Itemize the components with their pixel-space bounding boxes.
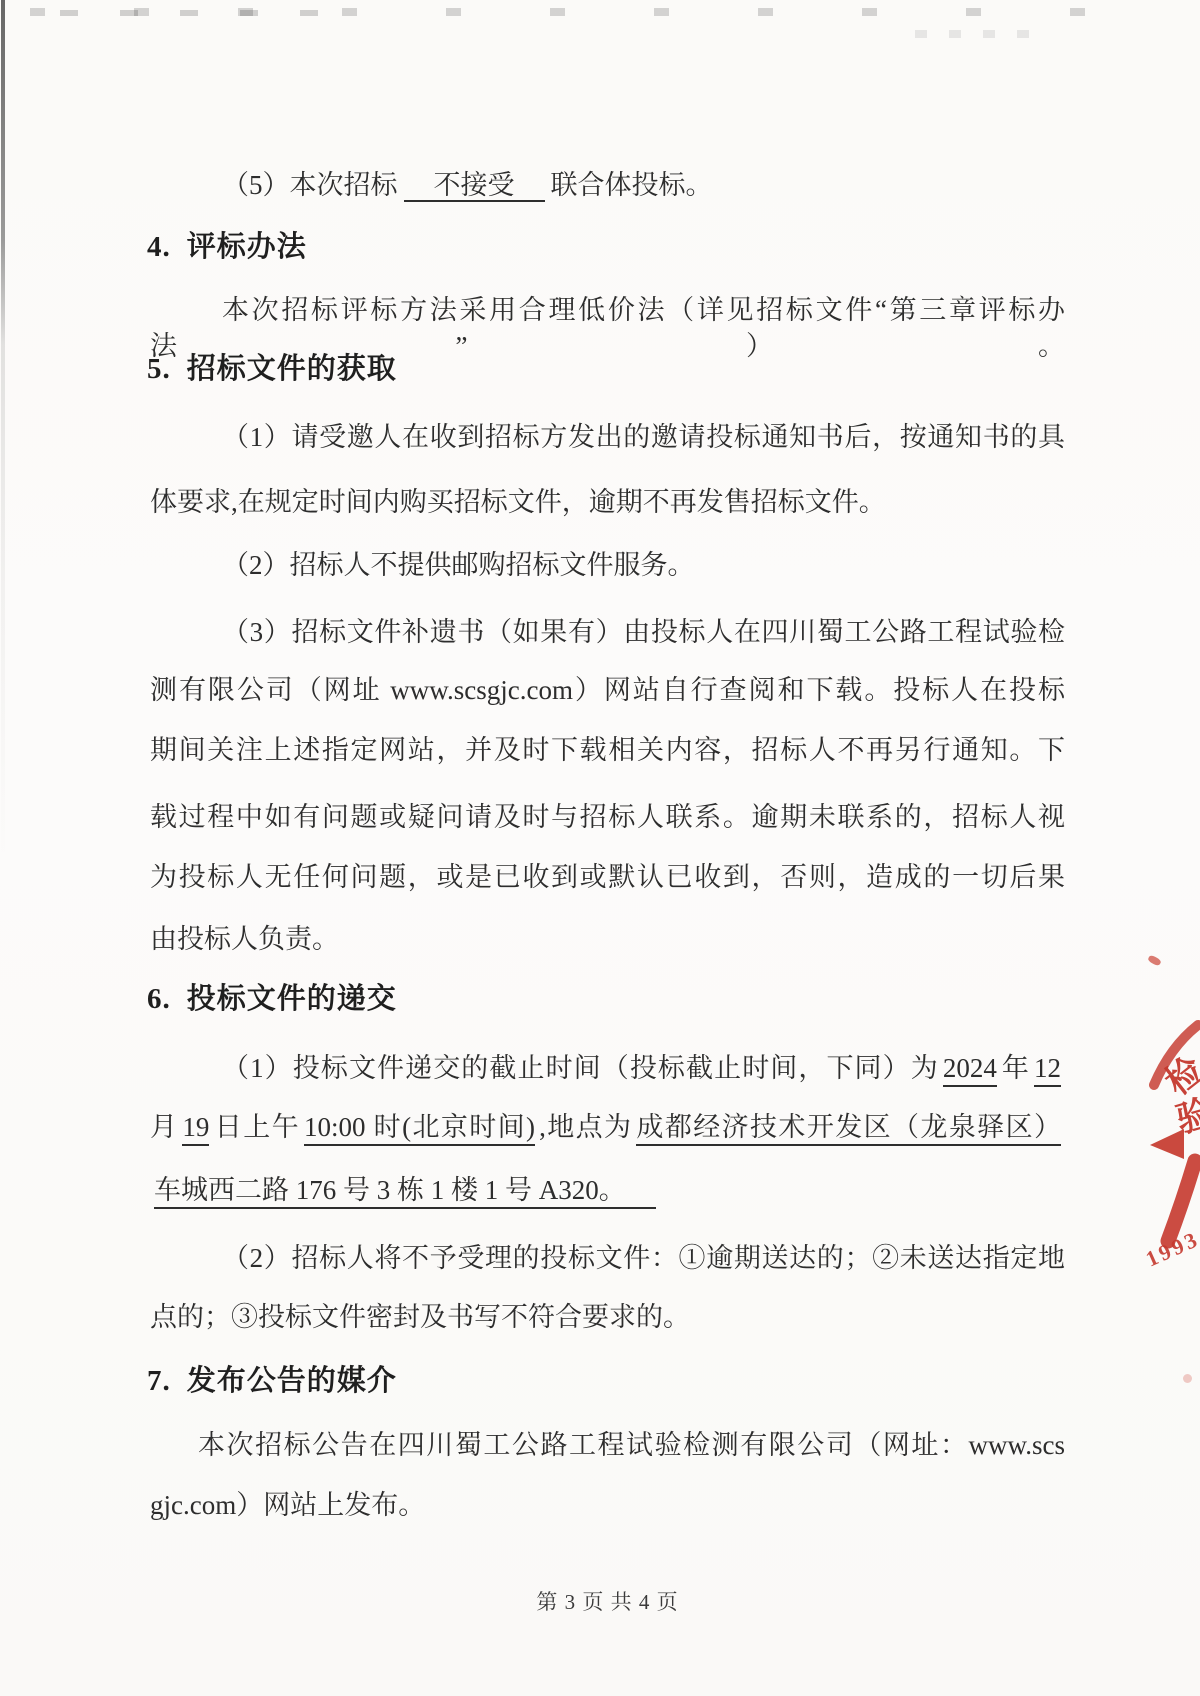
clause-5-suffix: 联合体投标。 <box>551 170 713 200</box>
section-5-p1-line-2: 体要求,在规定时间内购买招标文件，逾期不再发售招标文件。 <box>150 484 1065 520</box>
deadline-year: 2024 <box>943 1053 997 1087</box>
section-6-title: 投标文件的递交 <box>187 983 397 1015</box>
month-char: 月 <box>150 1112 178 1142</box>
section-5-p1-line-1: （1）请受邀人在收到招标方发出的邀请投标通知书后，按通知书的具 <box>150 419 1065 455</box>
section-6-p2-line-2: 点的；③投标文件密封及书写不符合要求的。 <box>150 1299 1065 1335</box>
section-5-p3-line-2: 测有限公司（网址 www.scsgjc.com）网站自行查阅和下载。投标人在投标 <box>150 672 1065 708</box>
section-6-p1-line-3: 车城西二路 176 号 3 栋 1 楼 1 号 A320。 <box>150 1172 1065 1208</box>
section-5-p3-line-4: 载过程中如有问题或疑问请及时与招标人联系。逾期未联系的，招标人视 <box>150 799 1065 835</box>
section-6-p1-line-2: 月19日上午10:00 时(北京时间),地点为成都经济技术开发区（龙泉驿区） <box>150 1109 1065 1145</box>
section-6-number: 6. <box>147 983 171 1015</box>
deadline-time: 10:00 时(北京时间) <box>304 1112 535 1146</box>
section-7-line-2: gjc.com）网站上发布。 <box>150 1487 1065 1523</box>
clause-5-prefix: （5）本次招标 <box>222 170 398 200</box>
location-address: 车城西二路 176 号 3 栋 1 楼 1 号 A320。 <box>154 1175 656 1209</box>
section-7-line-1: 本次招标公告在四川蜀工公路工程试验检测有限公司（网址：www.scs <box>150 1427 1065 1463</box>
section-5-p3-line-1: （3）招标文件补遗书（如果有）由投标人在四川蜀工公路工程试验检 <box>150 614 1065 650</box>
scan-artifact-left-edge-line <box>1 0 5 860</box>
scan-artifact-right-smudge <box>915 30 1035 38</box>
section-5-number: 5. <box>147 353 171 385</box>
location-district: 成都经济技术开发区（龙泉驿区） <box>636 1112 1061 1146</box>
deadline-month: 12 <box>1034 1053 1061 1087</box>
section-7-title: 发布公告的媒介 <box>187 1365 397 1397</box>
section-5-heading: 5.招标文件的获取 <box>147 350 1062 388</box>
stamp-ink-fleck-top <box>1147 954 1162 966</box>
section-4-title: 评标办法 <box>187 231 307 263</box>
deadline-text: （1）投标文件递交的截止时间（投标截止时间，下同）为 <box>222 1053 939 1083</box>
clause-5-underlined-blank: 不接受 <box>404 170 545 202</box>
section-4-heading: 4.评标办法 <box>147 228 1062 266</box>
location-lead-text: ,地点为 <box>539 1112 632 1142</box>
stamp-ink-fleck-bottom <box>1183 1374 1192 1383</box>
section-4-number: 4. <box>147 231 171 263</box>
section-7-number: 7. <box>147 1365 171 1397</box>
section-5-title: 招标文件的获取 <box>187 353 397 385</box>
morning-text: 日上午 <box>213 1112 300 1142</box>
year-char: 年 <box>1001 1053 1030 1083</box>
section-5-p2-line: （2）招标人不提供邮购招标文件服务。 <box>150 547 1065 583</box>
scan-artifact-top-dashes-dark <box>60 10 320 16</box>
section-6-p1-line-1: （1）投标文件递交的截止时间（投标截止时间，下同）为2024年12 <box>150 1050 1065 1086</box>
page-footer: 第 3 页 共 4 页 <box>150 1586 1065 1616</box>
deadline-day: 19 <box>182 1112 209 1146</box>
stamp-star-point <box>1150 1129 1184 1159</box>
section-5-p3-line-5: 为投标人无任何问题，或是已收到或默认已收到，否则，造成的一切后果 <box>150 859 1065 895</box>
section-5-p3-line-6: 由投标人负责。 <box>150 921 1065 957</box>
clause-5-joint-bid-line: （5）本次招标不接受联合体投标。 <box>150 167 1065 203</box>
section-5-p3-line-3: 期间关注上述指定网站，并及时下载相关内容，招标人不再另行通知。下 <box>150 732 1065 768</box>
section-7-heading: 7.发布公告的媒介 <box>147 1362 1062 1400</box>
company-seal-stamp: 检 验 1993 <box>1140 1005 1200 1295</box>
company-seal-svg: 检 验 1993 <box>1140 1005 1200 1295</box>
section-6-heading: 6.投标文件的递交 <box>147 980 1062 1018</box>
section-6-p2-line-1: （2）招标人将不予受理的投标文件：①逾期送达的；②未送达指定地 <box>150 1240 1065 1276</box>
scanned-document-page: （5）本次招标不接受联合体投标。 4.评标办法 本次招标评标方法采用合理低价法（… <box>0 0 1200 1696</box>
